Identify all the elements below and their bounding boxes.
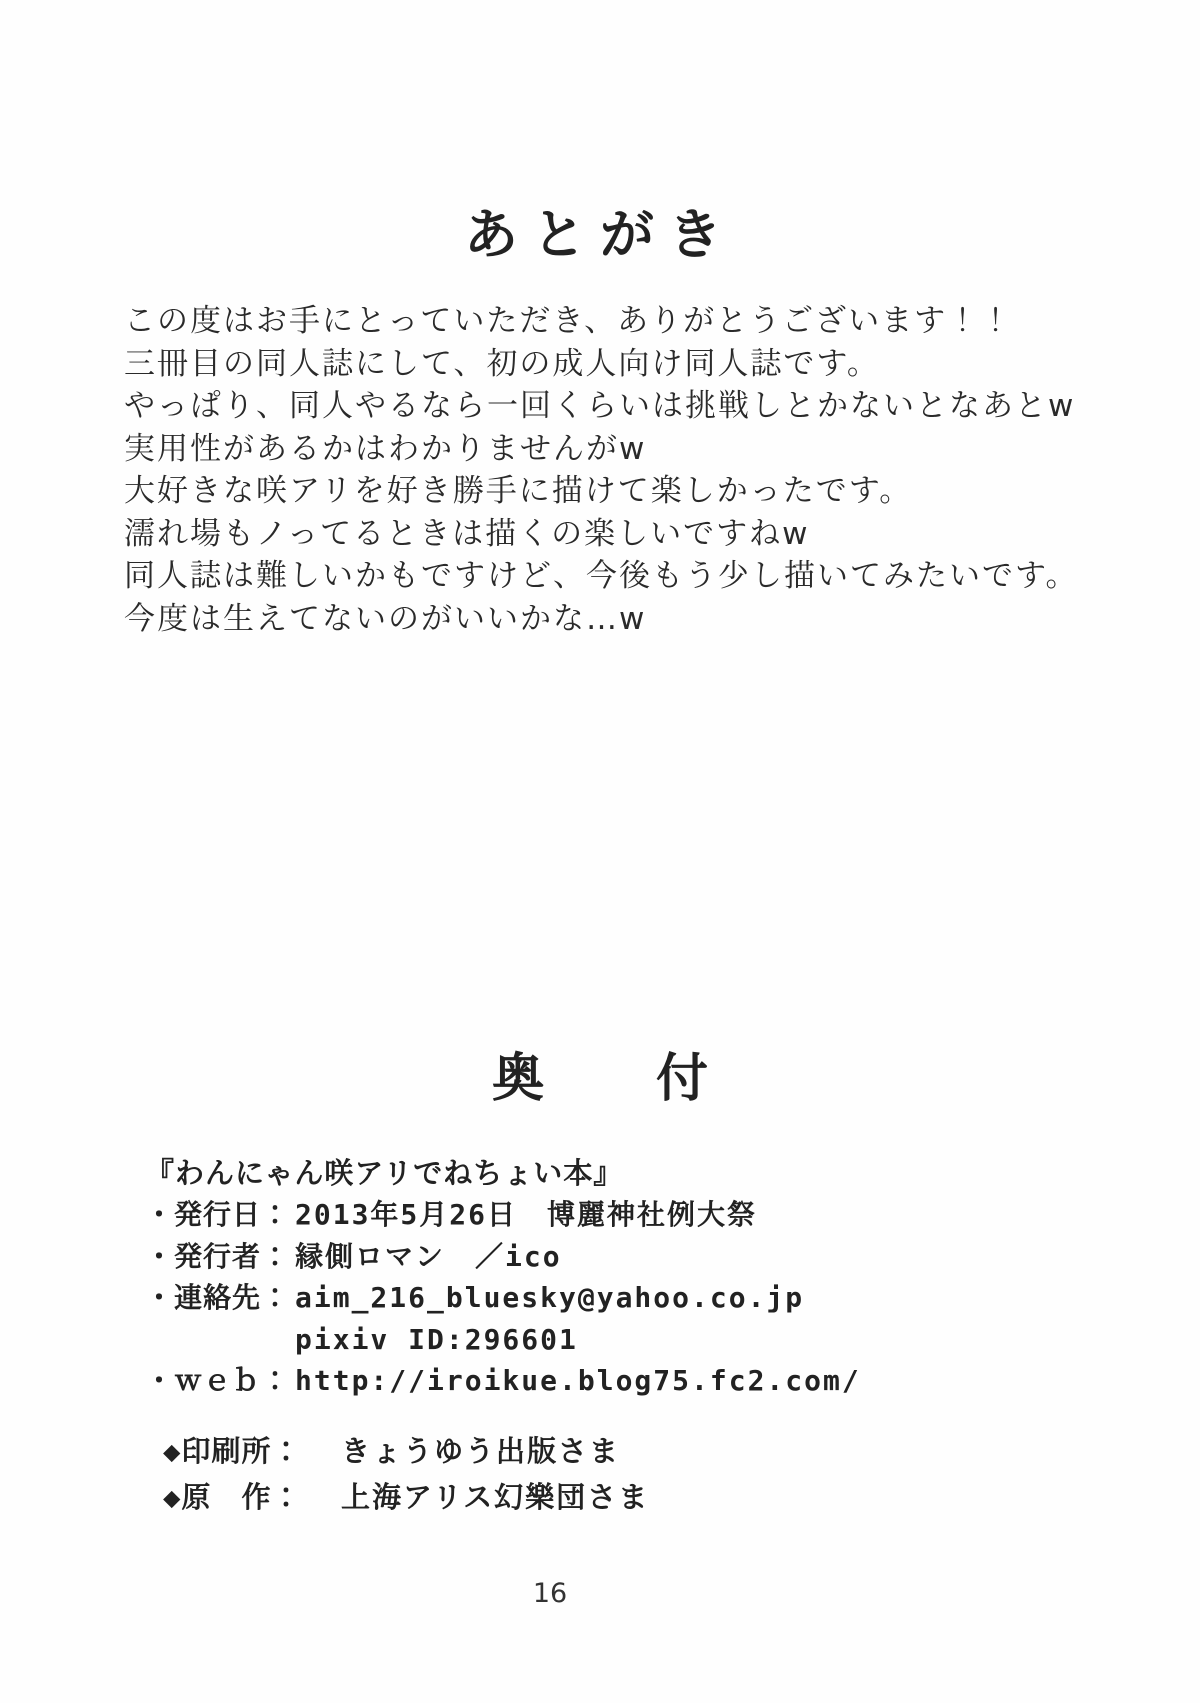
afterword-line: やっぱり、同人やるなら一回くらいは挑戦しとかないとなあとw [124, 385, 1084, 428]
afterword-line: 濡れ場もノってるときは描くの楽しいですねw [124, 513, 1084, 556]
colophon-row-contact: ・連絡先： aim_216_bluesky@yahoo.co.jp [145, 1277, 1045, 1319]
credits-block: ◆印刷所： きょうゆう出版さま ◆原 作： 上海アリス幻樂団さま [163, 1428, 963, 1520]
afterword-text-block: この度はお手にとっていただき、ありがとうございます！！ 三冊目の同人誌にして、初… [124, 300, 1084, 640]
web-label: ・ｗｅｂ： [145, 1360, 295, 1402]
afterword-line: 三冊目の同人誌にして、初の成人向け同人誌です。 [124, 343, 1084, 386]
colophon-heading: 奥 付 [0, 1036, 1200, 1111]
contact-label: ・連絡先： [145, 1277, 295, 1319]
colophon-row-publisher: ・発行者： 縁側ロマン ／ico [145, 1236, 1045, 1278]
afterword-line: 実用性があるかはわかりませんがw [124, 428, 1084, 471]
afterword-heading: あとがき [0, 192, 1200, 269]
web-url: http://iroikue.blog75.fc2.com/ [295, 1360, 861, 1402]
publisher-value: 縁側ロマン ／ico [295, 1236, 562, 1278]
credit-row-original-work: ◆原 作： 上海アリス幻樂団さま [163, 1474, 963, 1520]
publication-date-label: ・発行日： [145, 1194, 295, 1236]
original-work-value: 上海アリス幻樂団さま [341, 1474, 649, 1520]
book-title: 『わんにゃん咲アリでねちょい本』 [145, 1152, 1045, 1194]
pixiv-id-value: pixiv ID:296601 [295, 1319, 578, 1361]
contact-email: aim_216_bluesky@yahoo.co.jp [295, 1277, 804, 1319]
colophon-row-web: ・ｗｅｂ： http://iroikue.blog75.fc2.com/ [145, 1360, 1045, 1402]
afterword-line: 今度は生えてないのがいいかな…w [124, 598, 1084, 641]
printer-value: きょうゆう出版さま [341, 1428, 620, 1474]
colophon-row-pixiv: pixiv ID:296601 [145, 1319, 1045, 1361]
scanned-doujinshi-afterword-page: あとがき この度はお手にとっていただき、ありがとうございます！！ 三冊目の同人誌… [0, 0, 1200, 1703]
afterword-line: 大好きな咲アリを好き勝手に描けて楽しかったです。 [124, 470, 1084, 513]
credit-row-printer: ◆印刷所： きょうゆう出版さま [163, 1428, 963, 1474]
printer-label: ◆印刷所： [163, 1428, 341, 1474]
colophon-block: 『わんにゃん咲アリでねちょい本』 ・発行日： 2013年5月26日 博麗神社例大… [145, 1152, 1045, 1402]
publication-date-value: 2013年5月26日 博麗神社例大祭 [295, 1194, 757, 1236]
pixiv-label-spacer [145, 1319, 295, 1361]
publisher-label: ・発行者： [145, 1236, 295, 1278]
original-work-label: ◆原 作： [163, 1474, 341, 1520]
colophon-row-publication-date: ・発行日： 2013年5月26日 博麗神社例大祭 [145, 1194, 1045, 1236]
afterword-line: 同人誌は難しいかもですけど、今後もう少し描いてみたいです。 [124, 555, 1084, 598]
page-number: 16 [0, 1578, 1100, 1609]
afterword-line: この度はお手にとっていただき、ありがとうございます！！ [124, 300, 1084, 343]
